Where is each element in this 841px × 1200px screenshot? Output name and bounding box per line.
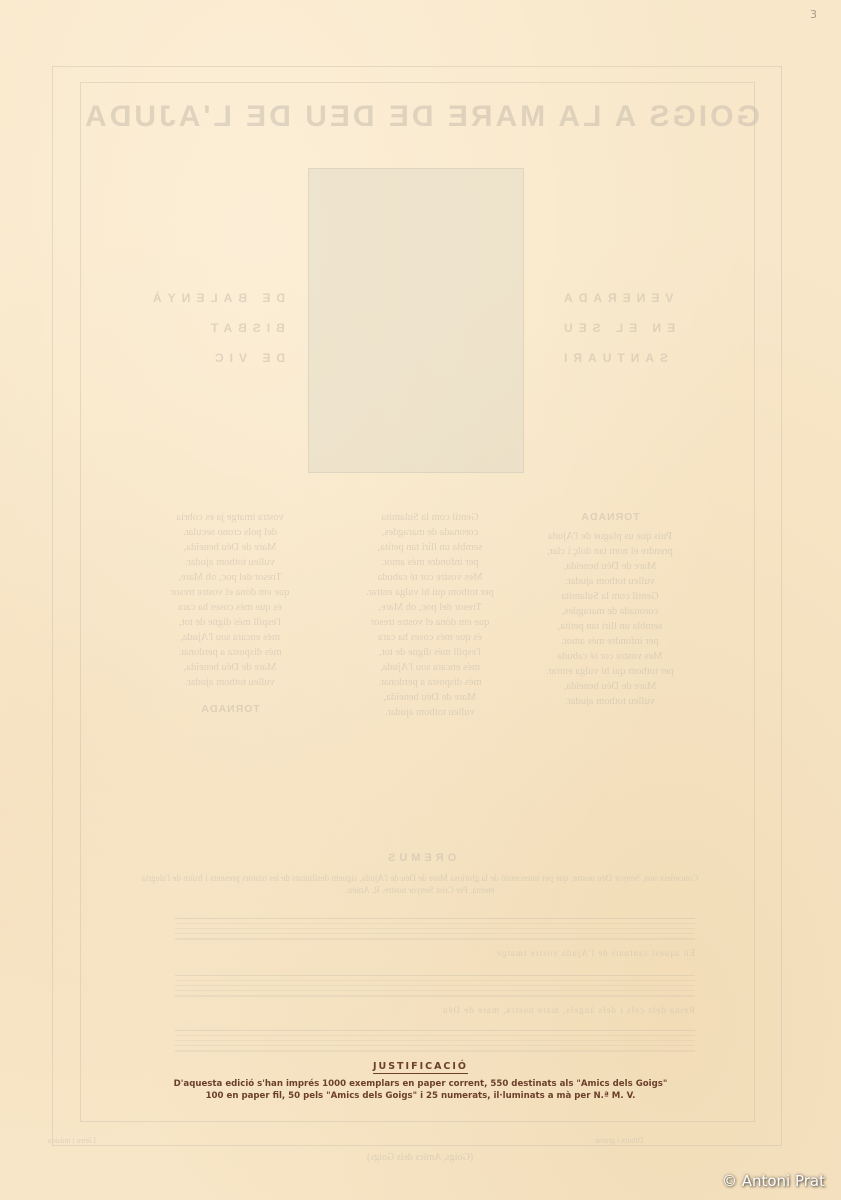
music-staff bbox=[175, 918, 695, 940]
bleed-through-footer-left: Lletra i música bbox=[48, 1136, 96, 1145]
page-number: 3 bbox=[810, 8, 817, 21]
music-lyric: Reina dels cels i dels àngels, mare nost… bbox=[175, 1005, 695, 1015]
justificacio-line-2: 100 en paper fil, 50 pels "Amics dels Go… bbox=[0, 1090, 841, 1102]
bleed-through-image bbox=[308, 168, 524, 473]
bleed-through-footer-right: Dibuix i gravat bbox=[595, 1136, 643, 1145]
bleed-through-side-right: VENERADA EN EL SEU SANTUARI bbox=[558, 283, 718, 373]
music-staff bbox=[175, 1030, 695, 1052]
copyright-watermark: © Antoni Prat bbox=[722, 1172, 825, 1190]
bleed-through-column-middle: Gentil com la Sulamita coronada de marag… bbox=[330, 510, 530, 720]
bleed-through-title: GOIGS A LA MARE DE DEU DE L'AJUDA bbox=[0, 100, 841, 134]
justificacio-heading: JUSTIFICACIÓ bbox=[373, 1061, 468, 1074]
bleed-through-column-right: TORNADA Puis que us plagué de l'Ajuda pr… bbox=[510, 510, 710, 709]
bleed-through-prayer: Concedeix-nos, Senyor Déu nostre, que pe… bbox=[140, 872, 700, 896]
music-lyric: En aquest santuari de l'Ajuda vostre ima… bbox=[175, 948, 695, 958]
bleed-through-column-left: vostra imatge ja es cobria del pols cron… bbox=[130, 510, 330, 721]
bleed-through-side-left: DE BALENYÀ BISBAT DE VIC bbox=[145, 283, 285, 373]
music-staff bbox=[175, 975, 695, 997]
bleed-through-footer-center: (Goigs, Amics dels Goigs) bbox=[0, 1152, 841, 1163]
justificacio-block: JUSTIFICACIÓ D'aquesta edició s'han impr… bbox=[0, 1056, 841, 1102]
bleed-through-oremus: OREMUS bbox=[0, 852, 841, 864]
justificacio-line-1: D'aquesta edició s'han imprés 1000 exemp… bbox=[0, 1078, 841, 1090]
